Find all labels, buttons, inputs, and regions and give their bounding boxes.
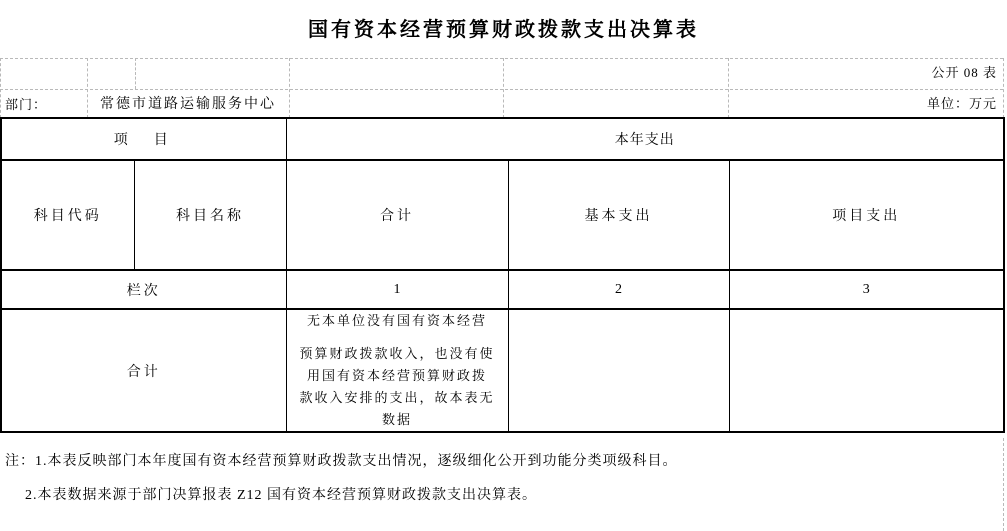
index-row-label: 栏次 bbox=[1, 270, 286, 309]
total-project-cell bbox=[729, 309, 1004, 432]
total-note-text: 无本单位没有国有资本经营 预算财政拨款收入，也没有使 用国有资本经营预算财政拨 … bbox=[287, 310, 508, 431]
index-col-3: 3 bbox=[729, 270, 1004, 309]
total-row-label: 合计 bbox=[1, 309, 286, 432]
department-label: 部门： bbox=[5, 94, 47, 113]
table-row-column-index: 栏次 1 2 3 bbox=[1, 270, 1004, 309]
report-table: 项 目 本年支出 科目代码 科目名称 合计 基本支出 项目支出 栏次 1 2 3… bbox=[0, 117, 1005, 433]
col-header-basic-expenditure: 基本支出 bbox=[508, 160, 729, 270]
col-header-project-expenditure: 项目支出 bbox=[729, 160, 1004, 270]
gridline-horizontal bbox=[0, 89, 1003, 90]
gridline-vertical bbox=[289, 58, 290, 118]
header-item-cell: 项 目 bbox=[1, 118, 286, 160]
col-header-subject-code: 科目代码 bbox=[1, 160, 134, 270]
footnote-1: 注：1.本表反映部门本年度国有资本经营预算财政拨款支出情况，逐级细化公开到功能分… bbox=[5, 450, 678, 470]
report-sheet: 国有资本经营预算财政拨款支出决算表 公开 08 表 部门： 常德市道路运输服务中… bbox=[0, 0, 1007, 531]
gridline-vertical bbox=[135, 58, 136, 89]
col-header-total: 合计 bbox=[286, 160, 508, 270]
header-current-year-cell: 本年支出 bbox=[286, 118, 1004, 160]
unit-label: 单位：万元 bbox=[597, 93, 997, 112]
total-note-rest: 预算财政拨款收入，也没有使 用国有资本经营预算财政拨 款收入安排的支出，故本表无… bbox=[299, 343, 494, 431]
gridline-vertical bbox=[1003, 438, 1004, 531]
footnote-2: 2.本表数据来源于部门决算报表 Z12 国有资本经营预算财政拨款支出决算表。 bbox=[25, 484, 537, 504]
form-code-label: 公开 08 表 bbox=[597, 62, 997, 81]
index-col-1: 1 bbox=[286, 270, 508, 309]
page-title: 国有资本经营预算财政拨款支出决算表 bbox=[0, 13, 1007, 42]
table-row-total: 合计 无本单位没有国有资本经营 预算财政拨款收入，也没有使 用国有资本经营预算财… bbox=[1, 309, 1004, 432]
department-value: 常德市道路运输服务中心 bbox=[87, 93, 289, 113]
gridline-vertical bbox=[0, 58, 1, 118]
total-note-line1: 无本单位没有国有资本经营 bbox=[307, 310, 487, 332]
table-row-header-group: 项 目 本年支出 bbox=[1, 118, 1004, 160]
gridline-vertical bbox=[1003, 58, 1004, 118]
table-row-column-headers: 科目代码 科目名称 合计 基本支出 项目支出 bbox=[1, 160, 1004, 270]
total-basic-cell bbox=[508, 309, 729, 432]
gridline-vertical bbox=[503, 58, 504, 118]
index-col-2: 2 bbox=[508, 270, 729, 309]
gridline-horizontal bbox=[0, 58, 1003, 59]
col-header-subject-name: 科目名称 bbox=[134, 160, 286, 270]
total-note-cell: 无本单位没有国有资本经营 预算财政拨款收入，也没有使 用国有资本经营预算财政拨 … bbox=[286, 309, 508, 432]
